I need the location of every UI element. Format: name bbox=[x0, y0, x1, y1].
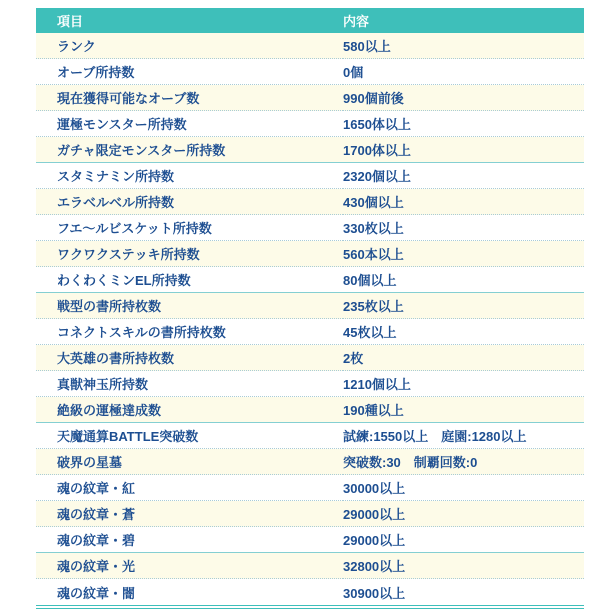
item-cell: 破界の星墓 bbox=[36, 449, 343, 475]
table-row: 大英雄の書所持枚数2枚 bbox=[36, 345, 584, 371]
table-header: 項目 内容 bbox=[36, 8, 584, 33]
value-cell: 2320個以上 bbox=[343, 163, 584, 189]
table-row: ランク580以上 bbox=[36, 33, 584, 59]
item-cell: スタミナミン所持数 bbox=[36, 163, 343, 189]
table-row: 戦型の書所持枚数235枚以上 bbox=[36, 293, 584, 319]
item-cell: 運極モンスター所持数 bbox=[36, 111, 343, 137]
table-row: スタミナミン所持数2320個以上 bbox=[36, 163, 584, 189]
item-cell: オーブ所持数 bbox=[36, 59, 343, 85]
item-cell: ランク bbox=[36, 33, 343, 59]
item-cell: 大英雄の書所持枚数 bbox=[36, 345, 343, 371]
value-cell: 試練:1550以上 庭園:1280以上 bbox=[343, 423, 584, 449]
value-cell: 29000以上 bbox=[343, 501, 584, 527]
value-cell: 45枚以上 bbox=[343, 319, 584, 345]
value-cell: 29000以上 bbox=[343, 527, 584, 553]
item-cell: コネクトスキルの書所持枚数 bbox=[36, 319, 343, 345]
value-cell: 30000以上 bbox=[343, 475, 584, 501]
table-row: ワクワクステッキ所持数560本以上 bbox=[36, 241, 584, 267]
table-row: 運極モンスター所持数1650体以上 bbox=[36, 111, 584, 137]
table-row: 天魔通算BATTLE突破数試練:1550以上 庭園:1280以上 bbox=[36, 423, 584, 449]
value-cell: 430個以上 bbox=[343, 189, 584, 215]
item-cell: ガチャ限定モンスター所持数 bbox=[36, 137, 343, 163]
table-row: 魂の紋章・闇30900以上 bbox=[36, 579, 584, 605]
item-cell: 魂の紋章・闇 bbox=[36, 579, 343, 605]
table-row: 破界の星墓突破数:30 制覇回数:0 bbox=[36, 449, 584, 475]
table-row: 魂の紋章・碧29000以上 bbox=[36, 527, 584, 553]
header-cell-item: 項目 bbox=[36, 8, 343, 33]
table-row: 絶級の運極達成数190種以上 bbox=[36, 397, 584, 423]
value-cell: 580以上 bbox=[343, 33, 584, 59]
header-row: 項目 内容 bbox=[36, 8, 584, 33]
value-cell: 突破数:30 制覇回数:0 bbox=[343, 449, 584, 475]
value-cell: 990個前後 bbox=[343, 85, 584, 111]
item-cell: 現在獲得可能なオーブ数 bbox=[36, 85, 343, 111]
value-cell: 30900以上 bbox=[343, 579, 584, 605]
item-cell: フエ〜ルビスケット所持数 bbox=[36, 215, 343, 241]
account-spec-table: 項目 内容 ランク580以上オーブ所持数0個現在獲得可能なオーブ数990個前後運… bbox=[36, 8, 584, 609]
table-row: オーブ所持数0個 bbox=[36, 59, 584, 85]
item-cell: ワクワクステッキ所持数 bbox=[36, 241, 343, 267]
item-cell: 真獣神玉所持数 bbox=[36, 371, 343, 397]
value-cell: 190種以上 bbox=[343, 397, 584, 423]
item-cell: 魂の紋章・紅 bbox=[36, 475, 343, 501]
value-cell: 2枚 bbox=[343, 345, 584, 371]
table-row: 真獣神玉所持数1210個以上 bbox=[36, 371, 584, 397]
value-cell: 560本以上 bbox=[343, 241, 584, 267]
table-row: 魂の紋章・光32800以上 bbox=[36, 553, 584, 579]
table-row: コネクトスキルの書所持枚数45枚以上 bbox=[36, 319, 584, 345]
table-row: 魂の紋章・紅30000以上 bbox=[36, 475, 584, 501]
value-cell: 235枚以上 bbox=[343, 293, 584, 319]
table-row: 魂の紋章・蒼29000以上 bbox=[36, 501, 584, 527]
value-cell: 1650体以上 bbox=[343, 111, 584, 137]
item-cell: 絶級の運極達成数 bbox=[36, 397, 343, 423]
value-cell: 32800以上 bbox=[343, 553, 584, 579]
table-row: ガチャ限定モンスター所持数1700体以上 bbox=[36, 137, 584, 163]
value-cell: 80個以上 bbox=[343, 267, 584, 293]
table-row: 現在獲得可能なオーブ数990個前後 bbox=[36, 85, 584, 111]
value-cell: 1700体以上 bbox=[343, 137, 584, 163]
item-cell: 魂の紋章・碧 bbox=[36, 527, 343, 553]
item-cell: 天魔通算BATTLE突破数 bbox=[36, 423, 343, 449]
header-cell-content: 内容 bbox=[343, 8, 584, 33]
item-cell: わくわくミンEL所持数 bbox=[36, 267, 343, 293]
item-cell: 魂の紋章・光 bbox=[36, 553, 343, 579]
table-row: わくわくミンEL所持数80個以上 bbox=[36, 267, 584, 293]
table-row: フエ〜ルビスケット所持数330枚以上 bbox=[36, 215, 584, 241]
table-body: ランク580以上オーブ所持数0個現在獲得可能なオーブ数990個前後運極モンスター… bbox=[36, 33, 584, 605]
value-cell: 330枚以上 bbox=[343, 215, 584, 241]
item-cell: 戦型の書所持枚数 bbox=[36, 293, 343, 319]
account-spec-table-container: 項目 内容 ランク580以上オーブ所持数0個現在獲得可能なオーブ数990個前後運… bbox=[36, 8, 584, 609]
table-row: エラベルベル所持数430個以上 bbox=[36, 189, 584, 215]
value-cell: 0個 bbox=[343, 59, 584, 85]
item-cell: 魂の紋章・蒼 bbox=[36, 501, 343, 527]
value-cell: 1210個以上 bbox=[343, 371, 584, 397]
item-cell: エラベルベル所持数 bbox=[36, 189, 343, 215]
